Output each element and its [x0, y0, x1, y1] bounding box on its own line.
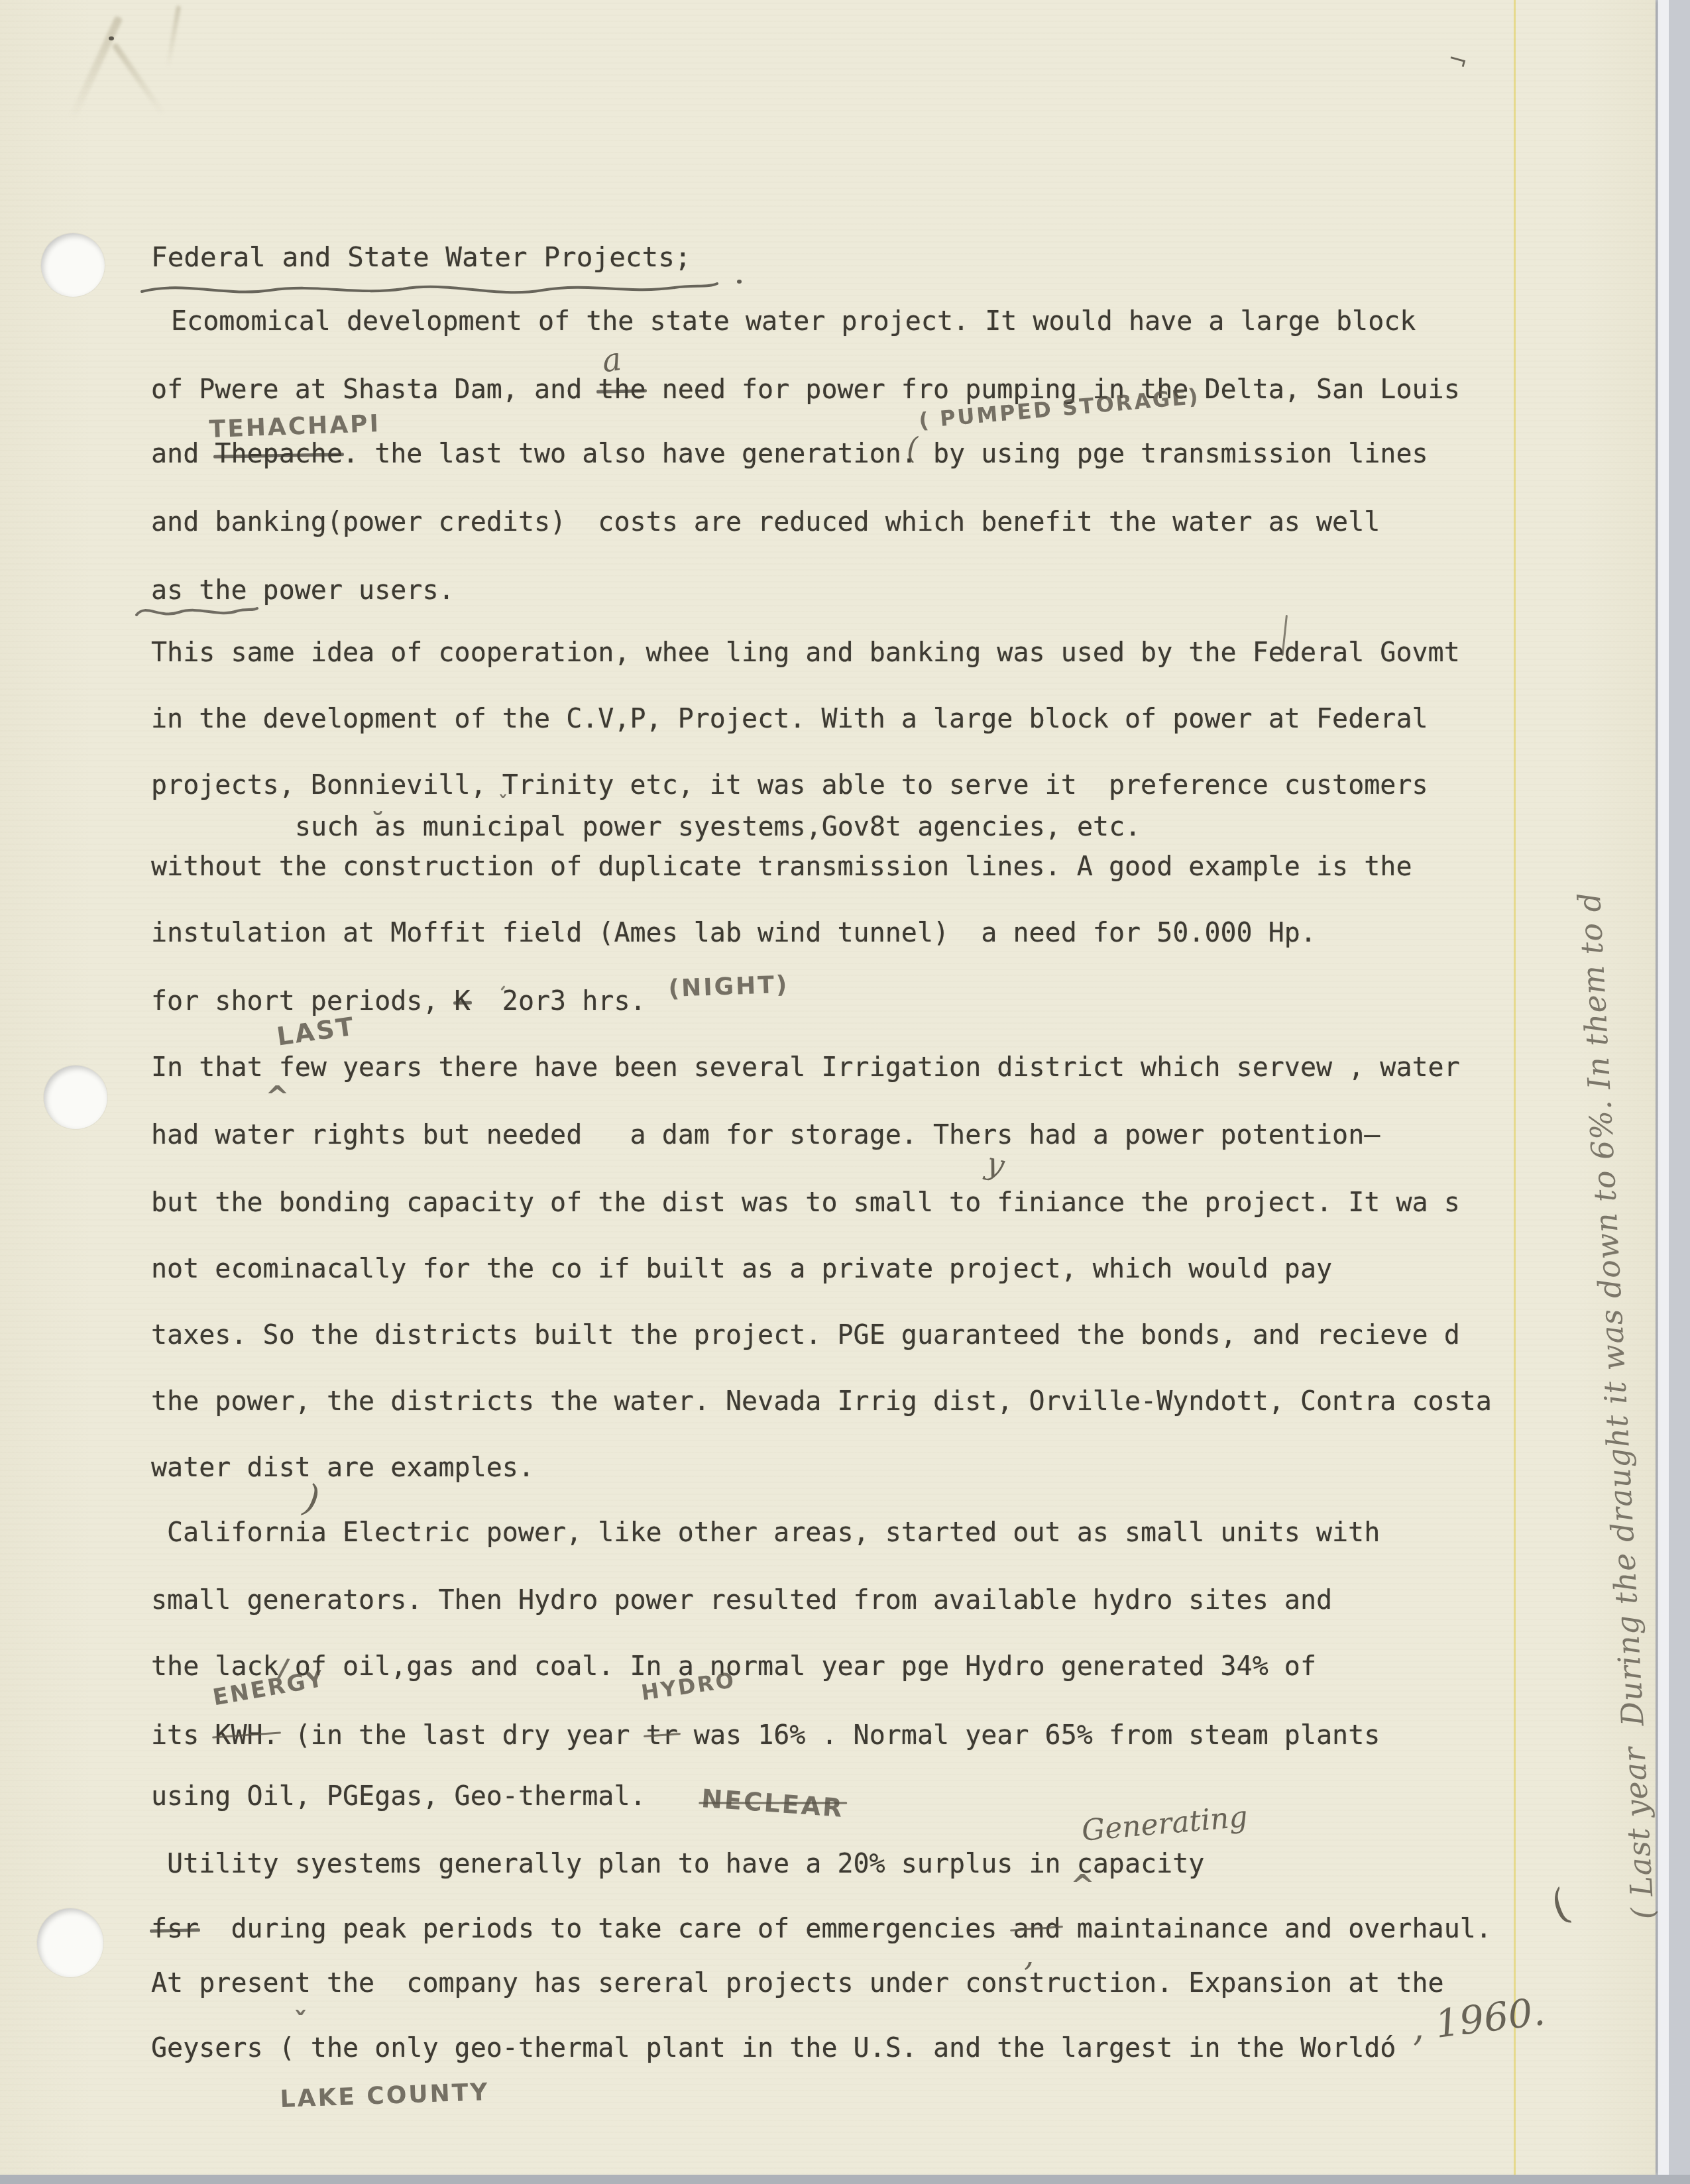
- typed-line-4: and banking(power credits) costs are red…: [151, 507, 1380, 537]
- typed-line-8: projects, Bonnievill, Trinity etc, it wa…: [151, 770, 1428, 800]
- typed-line-12: for short periods, K 2or3 hrs.: [151, 986, 646, 1016]
- typed-line-19: water dist are examples.: [151, 1452, 534, 1483]
- struck-text: and: [1013, 1914, 1060, 1944]
- handwritten-annotation-21: ˇ: [498, 792, 508, 814]
- handwritten-annotation-8: y: [984, 1145, 1008, 1183]
- typed-line-21: small generators. Then Hydro power resul…: [151, 1585, 1332, 1615]
- hole-punch-middle: [44, 1065, 107, 1129]
- typed-text: At present the company has sereral proje…: [151, 1968, 1444, 1998]
- typed-line-25: Utility syestems generally plan to have …: [167, 1849, 1204, 1879]
- handwritten-annotation-6: ^: [265, 1080, 290, 1114]
- paper-crease: [166, 5, 181, 68]
- struck-text: Thepache: [215, 439, 343, 469]
- ink-speck: [109, 36, 114, 40]
- typed-text: taxes. So the districts built the projec…: [151, 1320, 1460, 1350]
- typed-line-20: California Electric power, like other ar…: [167, 1517, 1380, 1548]
- typed-text: water dist are examples.: [151, 1452, 534, 1483]
- typed-line-23: its KWH. (in the last dry year tr was 16…: [151, 1720, 1380, 1751]
- typed-line-1: Ecomomical development of the state wate…: [171, 306, 1416, 337]
- typed-text: and: [151, 439, 215, 469]
- typed-line-6: This same idea of cooperation, whee ling…: [151, 637, 1460, 668]
- typed-text: without the construction of duplicate tr…: [151, 851, 1412, 882]
- typed-line-9: such as municipal power syestems,Gov8t a…: [295, 812, 1141, 842]
- typed-text: had water rights but needed a dam for st…: [151, 1120, 1380, 1150]
- struck-text: fsr: [151, 1914, 199, 1944]
- paper-crease: [68, 15, 123, 121]
- typed-line-3: and Thepache. the last two also have gen…: [151, 439, 1428, 469]
- paper-crease: [112, 42, 166, 117]
- typed-line-13: In that few years there have been severa…: [151, 1052, 1460, 1083]
- typed-text: for short periods,: [151, 986, 455, 1016]
- struck-text: tr: [646, 1720, 678, 1751]
- handwritten-annotation-9: ): [301, 1476, 323, 1521]
- typed-text: but the bonding capacity of the dist was…: [151, 1187, 1460, 1218]
- page-title: Federal and State Water Projects;: [151, 242, 691, 273]
- typed-text: small generators. Then Hydro power resul…: [151, 1585, 1332, 1615]
- typed-line-17: taxes. So the districts built the projec…: [151, 1320, 1460, 1350]
- handwritten-annotation-15: ^: [1070, 1869, 1095, 1902]
- typed-text: In that few years there have been severa…: [151, 1052, 1460, 1083]
- margin-handwritten-note: ( Last year During the draught it was do…: [1532, 132, 1661, 1920]
- scanner-edge-highlight: [1658, 0, 1669, 2184]
- typed-line-18: the power, the districts the water. Neva…: [151, 1386, 1492, 1417]
- typed-text: not ecominacally for the co if built as …: [151, 1254, 1332, 1284]
- ledger-yellow-line: [1514, 0, 1516, 2175]
- typed-text: instulation at Moffit field (Ames lab wi…: [151, 918, 1316, 948]
- ink-speck: [737, 280, 742, 284]
- typed-text: 2or3 hrs.: [471, 986, 646, 1016]
- typed-text: This same idea of cooperation, whee ling…: [151, 637, 1460, 668]
- struck-text: KWH.: [215, 1720, 278, 1751]
- typed-line-2: of Pwere at Shasta Dam, and the need for…: [151, 374, 1460, 405]
- typed-text: in the development of the C.V,P, Project…: [151, 704, 1428, 734]
- typed-text: its: [151, 1720, 215, 1751]
- typed-text: (in the last dry year: [279, 1720, 646, 1751]
- handwritten-annotation-19: ˇ: [294, 2006, 308, 2039]
- typed-line-24: using Oil, PGEgas, Geo-thermal.: [151, 1781, 646, 1812]
- typed-text: projects, Bonnievill, Trinity etc, it wa…: [151, 770, 1428, 800]
- typed-text: Geysers ( the only geo-thermal plant in …: [151, 2033, 1396, 2063]
- typed-text: using Oil, PGEgas, Geo-thermal.: [151, 1781, 646, 1812]
- typed-line-10: without the construction of duplicate tr…: [151, 851, 1412, 882]
- typed-text: Ecomomical development of the state wate…: [171, 306, 1416, 337]
- handwritten-annotation-20: ˘: [371, 808, 384, 839]
- typed-line-7: in the development of the C.V,P, Project…: [151, 704, 1428, 734]
- typed-text: of Pwere at Shasta Dam, and: [151, 374, 598, 405]
- title-underline-squiggle: [138, 274, 721, 302]
- typed-text: and banking(power credits) costs are red…: [151, 507, 1380, 537]
- typed-text: California Electric power, like other ar…: [167, 1517, 1380, 1548]
- handwritten-annotation-22: ¬: [1444, 45, 1471, 76]
- typed-text: maintainance and overhaul.: [1061, 1914, 1492, 1944]
- scanner-edge-bottom: [0, 2175, 1690, 2184]
- typed-line-5: as the power users.: [151, 575, 455, 606]
- handwritten-annotation-18: LAKE COUNTY: [280, 2079, 490, 2113]
- handwritten-annotation-14: Generating: [1080, 1800, 1249, 1848]
- typed-text: Utility syestems generally plan to have …: [167, 1849, 1204, 1879]
- typed-text: was 16% . Normal year 65% from steam pla…: [678, 1720, 1380, 1751]
- paper: Federal and State Water Projects; ( Last…: [0, 0, 1656, 2175]
- handwritten-annotation-4: (: [907, 432, 918, 466]
- hole-punch-top: [41, 233, 105, 297]
- struck-text: K: [455, 986, 471, 1016]
- handwritten-annotation-16: ,: [1024, 1936, 1034, 1973]
- typed-text: the power, the districts the water. Neva…: [151, 1386, 1492, 1417]
- handwritten-annotation-5: LAST: [275, 1011, 357, 1051]
- typed-line-26: fsr during peak periods to take care of …: [151, 1914, 1492, 1944]
- handwritten-annotation-23: (: [1541, 1881, 1579, 1930]
- typed-text: during peak periods to take care of emme…: [199, 1914, 1013, 1944]
- typed-text: as the power users.: [151, 575, 455, 606]
- typed-line-11: instulation at Moffit field (Ames lab wi…: [151, 918, 1316, 948]
- typed-line-14: had water rights but needed a dam for st…: [151, 1120, 1380, 1150]
- typed-line-28: Geysers ( the only geo-thermal plant in …: [151, 2033, 1396, 2063]
- typed-text: such as municipal power syestems,Gov8t a…: [295, 812, 1141, 842]
- typed-line-27: At present the company has sereral proje…: [151, 1968, 1444, 1998]
- scanned-page: Federal and State Water Projects; ( Last…: [0, 0, 1690, 2184]
- handwritten-annotation-7: (NIGHT): [668, 971, 789, 1003]
- handwritten-annotation-13: NECLEAR: [701, 1784, 845, 1823]
- typed-line-15: but the bonding capacity of the dist was…: [151, 1187, 1460, 1218]
- hole-punch-bottom: [37, 1908, 103, 1977]
- typed-line-16: not ecominacally for the co if built as …: [151, 1254, 1332, 1284]
- typed-text: . the last two also have generation. by …: [343, 439, 1428, 469]
